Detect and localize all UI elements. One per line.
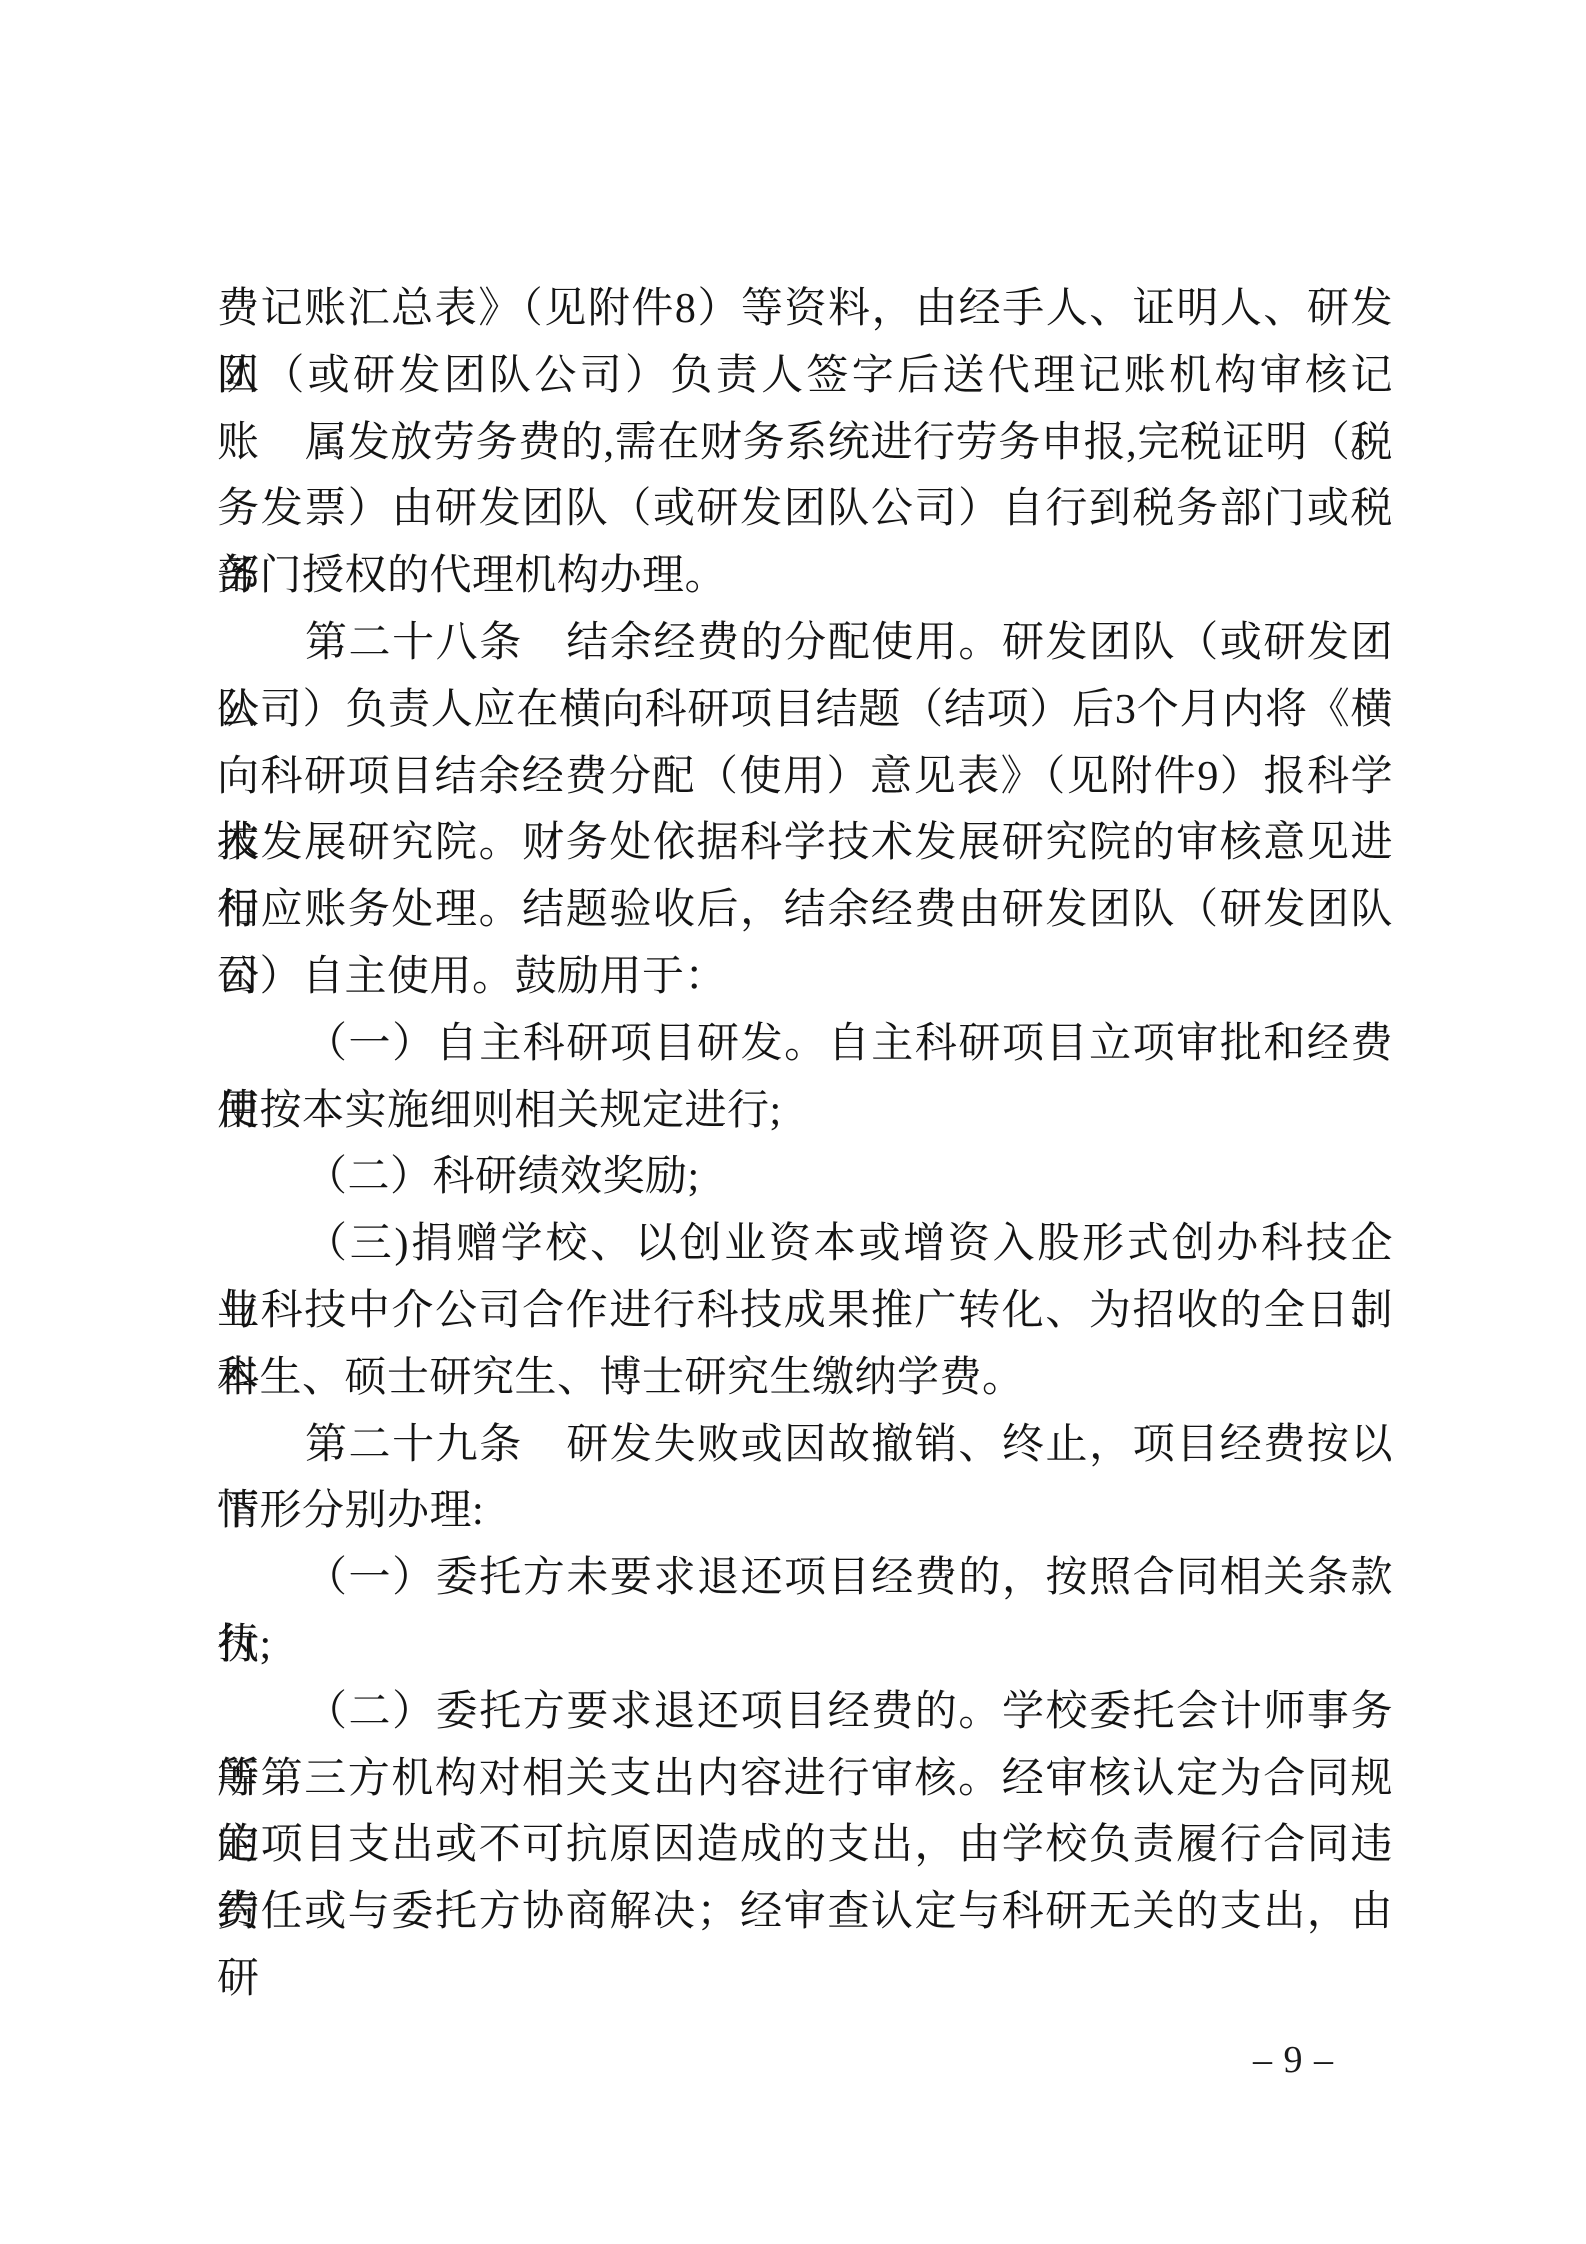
text-line: 等第三方机构对相关支出内容进行审核。经审核认定为合同规定 [217, 1746, 1393, 1813]
text-line-article-28: 第二十八条 结余经费的分配使用。研发团队（或研发团队 [217, 610, 1393, 677]
text-line: 公司）负责人应在横向科研项目结题（结项）后3个月内将《横 [217, 677, 1393, 744]
text-line: 部门授权的代理机构办理。 [217, 543, 1393, 610]
text-line-item-1: （一）委托方未要求退还项目经费的，按照合同相关条款执 [217, 1545, 1393, 1612]
text-line: 费记账汇总表》（见附件8）等资料，由经手人、证明人、研发团 [217, 276, 1393, 343]
text-line-item-2: （二）科研绩效奖励; [217, 1144, 1393, 1211]
text-line: 相应账务处理。结题验收后，结余经费由研发团队（研发团队公 [217, 877, 1393, 944]
page-number: – 9 – [1253, 2038, 1334, 2082]
document-body: 费记账汇总表》（见附件8）等资料，由经手人、证明人、研发团 队（或研发团队公司）… [217, 276, 1393, 1946]
text-line: 司）自主使用。鼓励用于： [217, 944, 1393, 1011]
text-line: 队（或研发团队公司）负责人签字后送代理记账机构审核记账。 [217, 343, 1393, 410]
document-page: 费记账汇总表》（见附件8）等资料，由经手人、证明人、研发团 队（或研发团队公司）… [0, 0, 1586, 2244]
text-line-item-3: （三)捐赠学校、以创业资本或增资入股形式创办科技企业、 [217, 1211, 1393, 1278]
text-line-article-29: 第二十九条 研发失败或因故撤销、终止，项目经费按以下 [217, 1412, 1393, 1479]
text-line: 行; [217, 1612, 1393, 1679]
text-line-item-2: （二）委托方要求退还项目经费的。学校委托会计师事务所 [217, 1679, 1393, 1746]
text-line: 情形分别办理: [217, 1478, 1393, 1545]
text-line: 用按本实施细则相关规定进行; [217, 1078, 1393, 1145]
text-line: 向科研项目结余经费分配（使用）意见表》（见附件9）报科学技 [217, 744, 1393, 811]
text-line: 术发展研究院。财务处依据科学技术发展研究院的审核意见进行 [217, 810, 1393, 877]
text-line: 的项目支出或不可抗原因造成的支出，由学校负责履行合同违约 [217, 1812, 1393, 1879]
text-line-item-1: （一）自主科研项目研发。自主科研项目立项审批和经费使 [217, 1011, 1393, 1078]
text-line: 属发放劳务费的,需在财务系统进行劳务申报,完税证明（税 [217, 410, 1393, 477]
text-line: 务发票）由研发团队（或研发团队公司）自行到税务部门或税务 [217, 476, 1393, 543]
text-line: 责任或与委托方协商解决；经审查认定与科研无关的支出，由研 [217, 1879, 1393, 1946]
text-line: 科生、硕士研究生、博士研究生缴纳学费。 [217, 1345, 1393, 1412]
text-line: 与科技中介公司合作进行科技成果推广转化、为招收的全日制本 [217, 1278, 1393, 1345]
